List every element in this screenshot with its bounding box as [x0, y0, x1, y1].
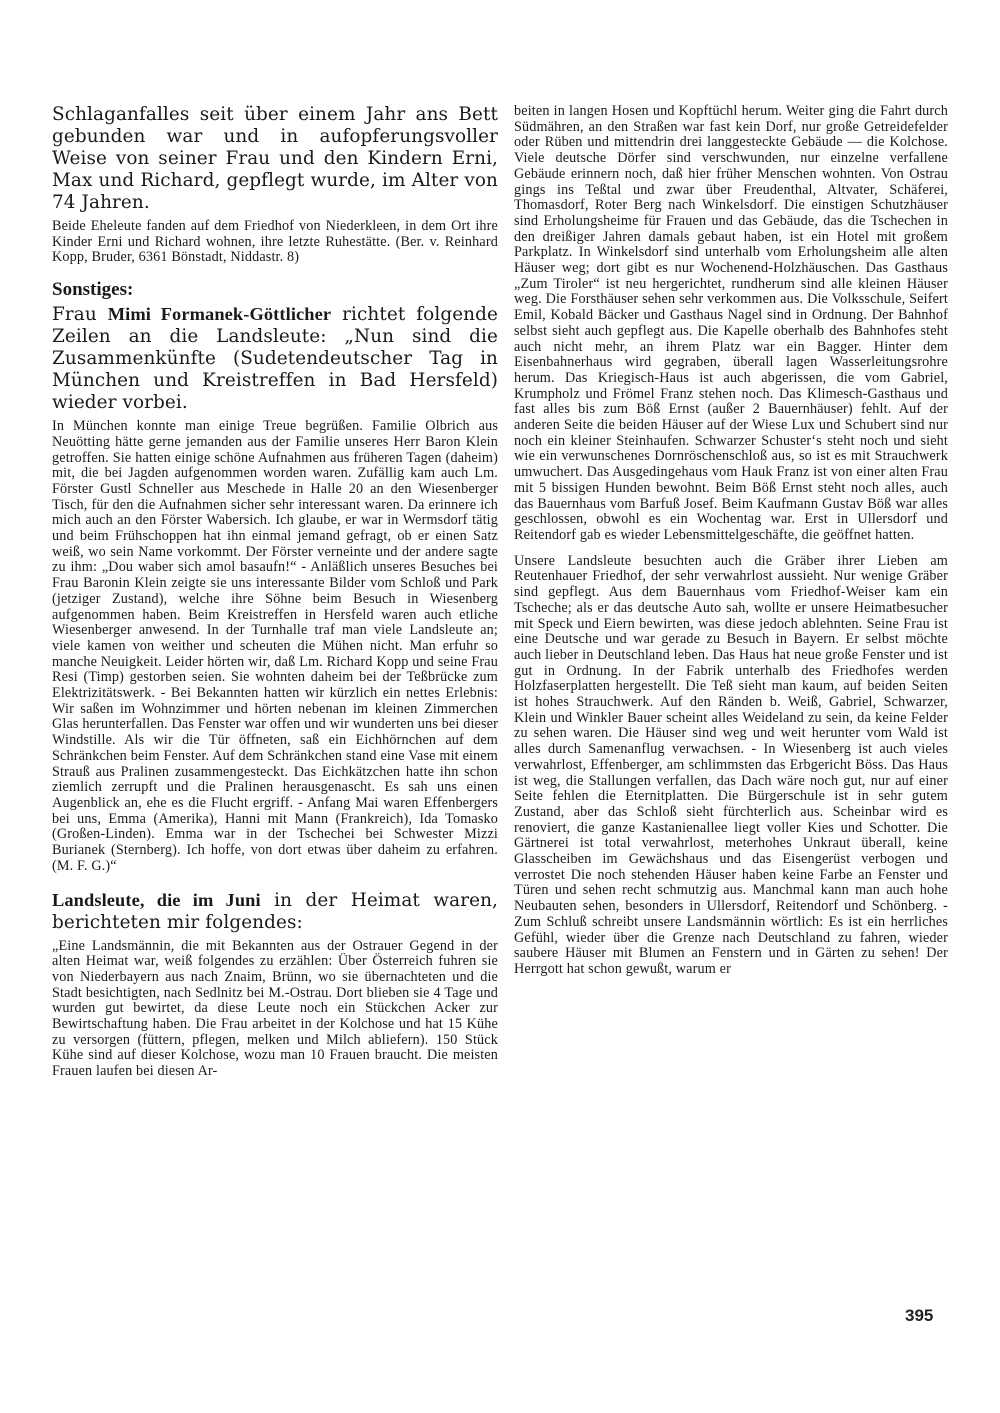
report-continued: beiten in langen Hosen und Kopftüchl her… [514, 104, 948, 544]
report-intro: Landsleute, die im Juni in der Heimat wa… [52, 889, 498, 934]
right-column: beiten in langen Hosen und Kopftüchl her… [514, 104, 948, 978]
intro-paragraph: Schlaganfalles seit über einem Jahr ans … [52, 104, 498, 214]
graves-paragraph: Unsere Landsleute besuchten auch die Grä… [514, 554, 948, 978]
author-name: Mimi Formanek-Göttlicher [108, 304, 331, 324]
left-column: Schlaganfalles seit über einem Jahr ans … [52, 104, 498, 1080]
report-intro-bold: Landsleute, die im Juni [52, 890, 261, 910]
section-heading-sonstiges: Sonstiges: [52, 279, 498, 301]
burial-paragraph: Beide Eheleute fanden auf dem Friedhof v… [52, 219, 498, 266]
page-number: 395 [905, 1306, 933, 1326]
letter-body: In München konnte man einige Treue begrü… [52, 419, 498, 874]
report-body-start: „Eine Landsmännin, die mit Bekannten aus… [52, 939, 498, 1080]
letter-intro: Frau Mimi Formanek-Göttlicher richtet fo… [52, 303, 498, 414]
letter-intro-prefix: Frau [52, 304, 108, 325]
